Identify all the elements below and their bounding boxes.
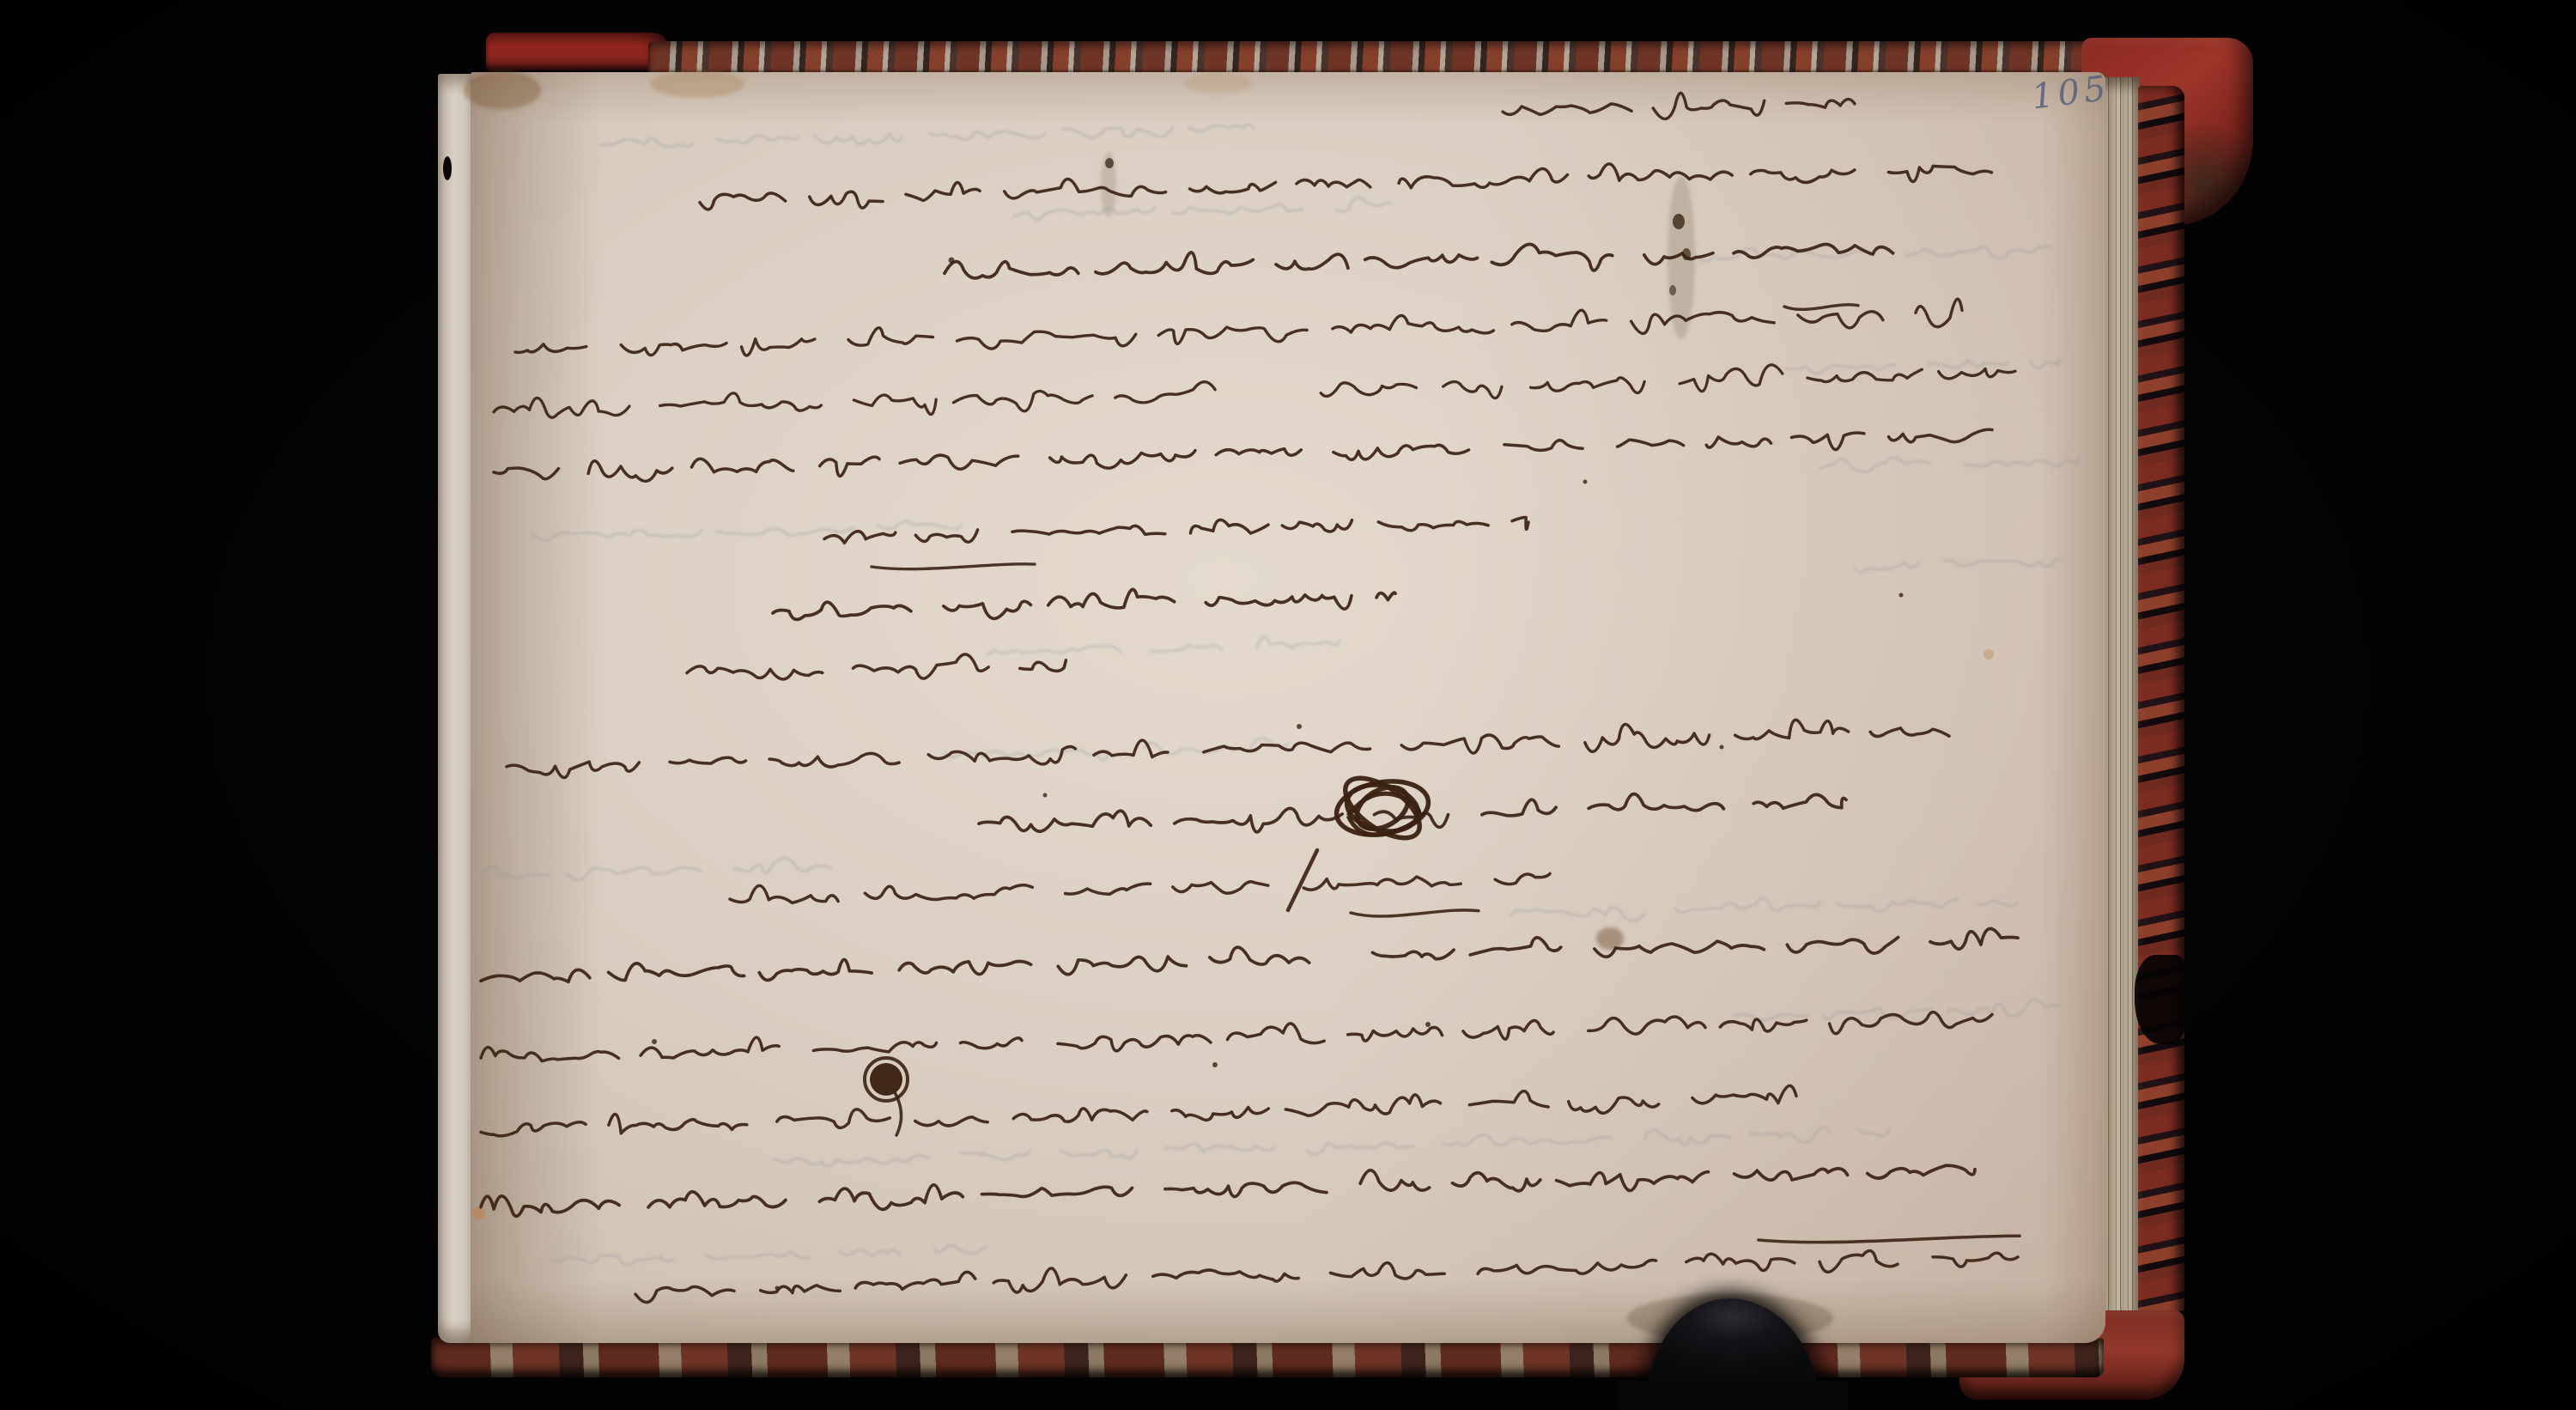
- manuscript-page: [471, 72, 2105, 1343]
- marbled-cover-fore-edge: [2138, 86, 2184, 1328]
- photograph-background: 105: [0, 0, 2576, 1410]
- worn-cover-bottom-edge: [431, 1338, 2104, 1377]
- red-leather-spine-edge: [486, 33, 668, 70]
- worn-marbled-cover-top-edge: [648, 41, 2108, 76]
